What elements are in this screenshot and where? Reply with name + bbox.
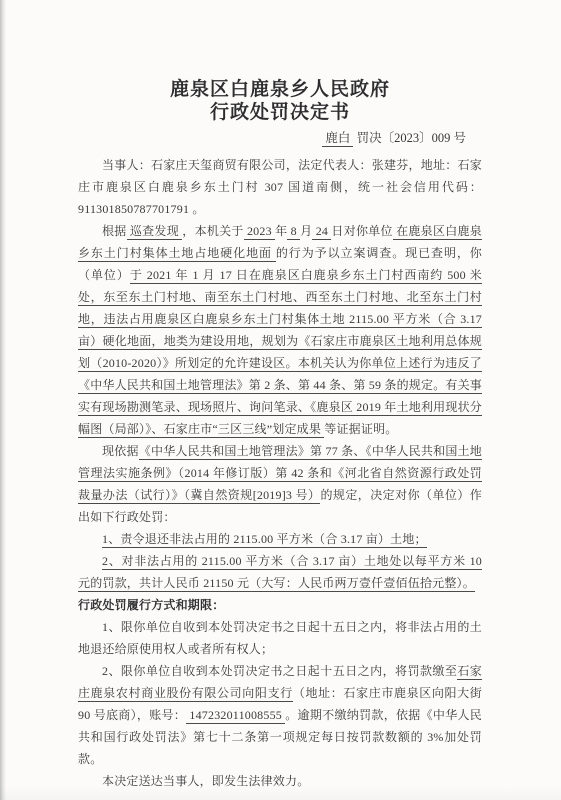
text-segment: 1、限你单位自收到本处罚决定书之日起十五日之内，将非法占用的土地退还给原使用权人…	[78, 620, 482, 656]
document-content: 鹿泉区白鹿泉乡人民政府 行政处罚决定书 鹿白 罚决〔2023〕009 号 当事人…	[78, 78, 482, 792]
filled-blank: 巡查发现	[127, 224, 183, 240]
title-line-authority: 鹿泉区白鹿泉乡人民政府	[78, 78, 482, 101]
title-line-doctype: 行政处罚决定书	[78, 101, 482, 124]
filled-blank: 2、对非法占用的 2115.00 平方米（合 3.17 亩）土地处以每平方米 1…	[78, 554, 482, 592]
scanned-document-page: 鹿泉区白鹿泉乡人民政府 行政处罚决定书 鹿白 罚决〔2023〕009 号 当事人…	[0, 0, 561, 800]
filled-blank: 1、责令退还非法占用的 2115.00 平方米（合 3.17 亩）土地；	[102, 532, 427, 548]
text-segment: 2、限你单位自收到本处罚决定书之日起十五日之内，将罚款缴至	[102, 664, 457, 678]
document-title: 鹿泉区白鹿泉乡人民政府 行政处罚决定书	[78, 78, 482, 124]
filled-blank: 鹿白	[322, 131, 353, 147]
text-segment: 日对你单位	[331, 224, 392, 238]
text-segment: 行政处罚履行方式和期限：	[78, 598, 224, 612]
text-segment: 罚决〔2023〕009 号	[353, 131, 466, 145]
legal-basis: 现依据《中华人民共和国土地管理法》第 77 条、《中华人民共和国土地管理法实施条…	[78, 440, 482, 528]
text-segment: 现依据	[102, 444, 139, 458]
document-number: 鹿白 罚决〔2023〕009 号	[78, 126, 482, 150]
text-segment: ，本机关于	[182, 224, 243, 238]
penalty-item-2: 2、对非法占用的 2115.00 平方米（合 3.17 亩）土地处以每平方米 1…	[78, 550, 482, 594]
text-segment: 等证据证明。	[324, 422, 397, 436]
document-body: 当事人：石家庄天玺商贸有限公司，法定代表人：张建芬，地址：石家庄市鹿泉区白鹿泉乡…	[78, 154, 482, 792]
scan-shade-artifact	[0, 786, 561, 800]
scan-edge-artifact	[0, 0, 6, 800]
case-findings: 根据 巡查发现 ，本机关于 2023 年 8 月 24 日对你单位 在鹿泉区白鹿…	[78, 220, 482, 440]
filled-blank: 24	[312, 224, 331, 240]
filled-blank: 8	[287, 224, 300, 240]
penalty-item-1: 1、责令退还非法占用的 2115.00 平方米（合 3.17 亩）土地；	[78, 528, 482, 550]
execution-item-1: 1、限你单位自收到本处罚决定书之日起十五日之内，将非法占用的土地退还给原使用权人…	[78, 616, 482, 660]
text-segment: 当事人：石家庄天玺商贸有限公司，法定代表人：张建芬，地址：石家庄市鹿泉区白鹿泉乡…	[78, 158, 482, 216]
filled-blank: 147232011008555	[186, 708, 285, 724]
execution-item-2: 2、限你单位自收到本处罚决定书之日起十五日之内，将罚款缴至石家庄鹿泉农村商业股份…	[78, 660, 482, 770]
text-segment: 月	[300, 224, 312, 238]
text-segment: 年	[275, 224, 287, 238]
text-segment: 根据	[102, 224, 127, 238]
filled-blank: 于 2021 年 1 月 17 日在鹿泉区白鹿泉乡东土门村西南约 500 米处，…	[78, 268, 482, 438]
filled-blank: 2023	[244, 224, 275, 240]
party-info: 当事人：石家庄天玺商贸有限公司，法定代表人：张建芬，地址：石家庄市鹿泉区白鹿泉乡…	[78, 154, 482, 220]
execution-heading: 行政处罚履行方式和期限：	[78, 594, 482, 616]
